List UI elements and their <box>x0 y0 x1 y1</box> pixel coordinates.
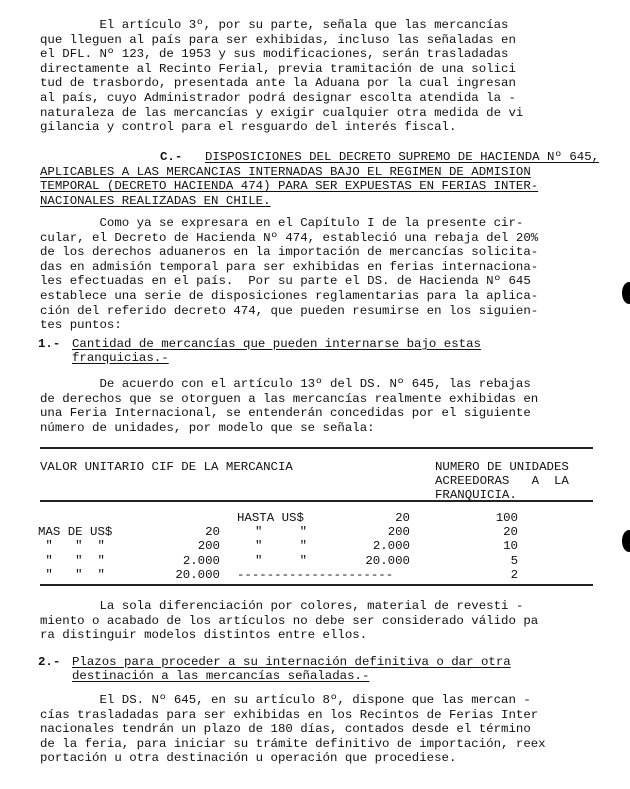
table-header-units-1: NUMERO DE UNIDADES <box>435 460 569 474</box>
paragraph-line: tud de trasbordo, presentada ante la Adu… <box>40 76 516 90</box>
table-cell-units: 100 <box>460 511 518 525</box>
paragraph-line: de derechos que se otorguen a las mercan… <box>40 392 538 406</box>
paragraph-line: ra distinguir modelos distintos entre el… <box>40 628 367 642</box>
paragraph-line: ción del referido decreto 474, que puede… <box>40 304 538 318</box>
point-2-title: Plazos para proceder a su internación de… <box>72 655 511 669</box>
paragraph-line: El DS. Nº 645, en su artículo 8º, dispon… <box>40 693 531 707</box>
table-header-value: VALOR UNITARIO CIF DE LA MERCANCIA <box>40 460 293 474</box>
paragraph-line: Como ya se expresara en el Capítulo I de… <box>40 216 523 230</box>
paragraph-line: tes puntos: <box>40 318 122 332</box>
section-c-heading: NACIONALES REALIZADAS EN CHILE. <box>40 194 271 208</box>
paragraph-line: número de unidades, por modelo que se se… <box>40 421 375 435</box>
table-cell-from-label: " " " <box>38 568 105 582</box>
section-c-heading: DISPOSICIONES DEL DECRETO SUPREMO DE HAC… <box>205 150 599 164</box>
table-cell-units: 5 <box>460 554 518 568</box>
paragraph-line: gilancia y control para el resguardo del… <box>40 120 456 134</box>
paragraph-line: De acuerdo con el artículo 13º del DS. N… <box>40 377 531 391</box>
paragraph-line: al país, cuyo Administrador podrá design… <box>40 91 516 105</box>
paragraph-line: La sola diferenciación por colores, mate… <box>40 599 523 613</box>
table-cell-units: 2 <box>460 568 518 582</box>
point-2-title: destinación a las mercancías señaladas.- <box>72 669 369 683</box>
table-cell-from-label: " " " <box>38 554 105 568</box>
paragraph-line: el DFL. Nº 123, de 1953 y sus modificaci… <box>40 47 508 61</box>
table-bottom-rule <box>40 584 593 586</box>
point-2-number: 2.- <box>38 655 60 669</box>
table-cell-from-label: MAS DE US$ <box>38 525 112 539</box>
table-cell-to-label: " " <box>255 539 307 553</box>
table-cell-to-label: HASTA US$ <box>237 511 304 525</box>
table-header-rule <box>40 500 593 502</box>
paragraph-line: naturaleza de las mercancías y exigir cu… <box>40 106 523 120</box>
paragraph-line: cías trasladadas para ser exhibidas en l… <box>40 708 538 722</box>
table-cell-to: 200 <box>330 525 410 539</box>
table-cell-units: 20 <box>460 525 518 539</box>
section-c-prefix: C.- <box>160 150 182 164</box>
table-cell-from: 2.000 <box>150 554 220 568</box>
table-cell-to: 2.000 <box>330 539 410 553</box>
table-cell-units: 10 <box>460 539 518 553</box>
section-c-heading: APLICABLES A LAS MERCANCIAS INTERNADAS B… <box>40 165 531 179</box>
paragraph-line: das en admisión temporal para ser exhibi… <box>40 260 538 274</box>
paragraph-line: nacionales tendrán un plazo de 180 días,… <box>40 722 531 736</box>
paragraph-line: les efectuadas en el país. Por su parte … <box>40 274 531 288</box>
point-1-title: franquicias.- <box>72 351 169 365</box>
paragraph-line: que lleguen al país para ser exhibidas, … <box>40 33 516 47</box>
table-cell-to-label: " " <box>255 525 307 539</box>
table-cell-from: 200 <box>150 539 220 553</box>
point-1-number: 1.- <box>38 337 60 351</box>
table-cell-from: 20.000 <box>150 568 220 582</box>
point-1-title: Cantidad de mercancías que pueden intern… <box>72 337 481 351</box>
table-cell-to: 20 <box>330 511 410 525</box>
paragraph-line: cular, el Decreto de Hacienda Nº 474, es… <box>40 231 538 245</box>
paragraph-line: establece una serie de disposiciones reg… <box>40 289 538 303</box>
section-c-heading: TEMPORAL (DECRETO HACIENDA 474) PARA SER… <box>40 179 538 193</box>
paragraph-line: directamente al Recinto Ferial, previa t… <box>40 62 516 76</box>
table-top-rule <box>40 447 593 449</box>
table-cell-from-label: " " " <box>38 539 105 553</box>
paragraph-line: de los derechos aduaneros en la importac… <box>40 245 538 259</box>
binder-hole-mark <box>622 530 630 552</box>
table-cell-to-label: --------------------- <box>237 568 393 582</box>
paragraph-line: miento o acabado de los artículos no deb… <box>40 614 538 628</box>
table-cell-to-label: " " <box>255 554 307 568</box>
table-cell-to: 20.000 <box>330 554 410 568</box>
paragraph-line: portación u otra destinación u operación… <box>40 751 456 765</box>
table-header-units-2: ACREEDORAS A LA <box>435 474 569 488</box>
binder-hole-mark <box>622 282 630 304</box>
table-cell-from: 20 <box>150 525 220 539</box>
paragraph-line: una Feria Internacional, se entenderán c… <box>40 406 531 420</box>
paragraph-line: El artículo 3º, por su parte, señala que… <box>40 18 508 32</box>
paragraph-line: de la feria, para iniciar su trámite def… <box>40 737 546 751</box>
